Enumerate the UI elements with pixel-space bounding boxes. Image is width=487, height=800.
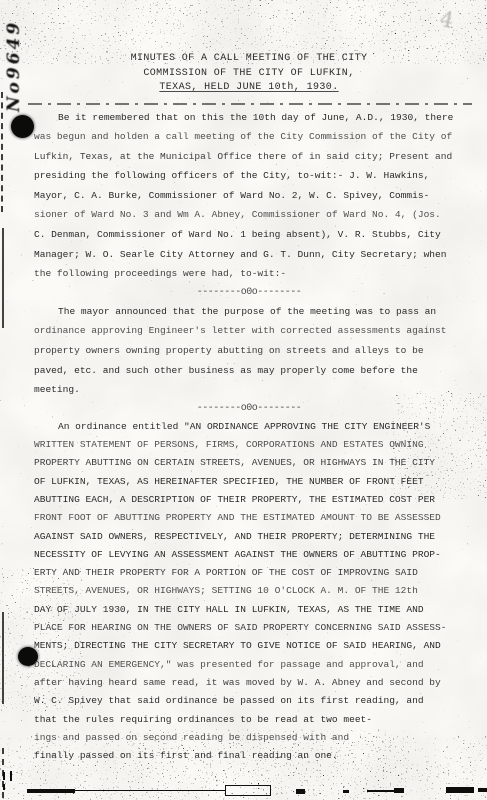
- dashed-rule: [28, 103, 472, 105]
- text-line: An ordinance entitled "AN ORDINANCE APPR…: [34, 418, 464, 436]
- paragraph-purpose: The mayor announced that the purpose of …: [34, 302, 464, 400]
- paragraph-opening: Be it remembered that on this the 10th d…: [34, 108, 464, 284]
- scan-edge-artifact: [367, 790, 395, 792]
- text-line: The mayor announced that the purpose of …: [34, 302, 464, 322]
- text-line: ordinance approving Engineer's letter wi…: [34, 321, 464, 341]
- text-line: MENTS; DIRECTING THE CITY SECRETARY TO G…: [34, 637, 464, 655]
- text-line: finally passed on its first and final re…: [34, 747, 464, 765]
- text-line: PLACE FOR HEARING ON THE OWNERS OF SAID …: [34, 619, 464, 637]
- scanned-document-page: No9649 4 MINUTES OF A CALL MEETING OF TH…: [0, 0, 487, 800]
- speckle-top-band: [0, 0, 487, 58]
- title-line: COMMISSION OF THE CITY OF LUFKIN,: [34, 67, 464, 82]
- text-line: property owners owning property abutting…: [34, 341, 464, 361]
- binding-edge-dash: [1, 92, 3, 212]
- text-line: ERTY AND THEIR PROPERTY FOR A PORTION OF…: [34, 564, 464, 582]
- text-line: was begun and holden a call meeting of t…: [34, 127, 464, 147]
- pencil-mark: 4: [437, 7, 455, 33]
- binding-edge-line: [2, 228, 4, 328]
- paragraph-ordinance: An ordinance entitled "AN ORDINANCE APPR…: [34, 418, 464, 766]
- section-separator: --------o0o--------: [34, 400, 464, 418]
- text-line: presiding the following officers of the …: [34, 166, 464, 186]
- scan-edge-artifact: [225, 785, 271, 796]
- binding-edge-line: [2, 612, 4, 704]
- text-line: OF LUFKIN, TEXAS, AS HEREINAFTER SPECIFI…: [34, 473, 464, 491]
- text-line: sioner of Ward No. 3 and Wm A. Abney, Co…: [34, 205, 464, 225]
- scan-edge-artifact: [3, 784, 5, 790]
- text-line: W. C. Spivey that said ordinance be pass…: [34, 692, 464, 710]
- text-line: the following proceedings were had, to-w…: [34, 264, 464, 284]
- scan-edge-artifact: [10, 771, 12, 781]
- text-line: paved, etc. and such other business as m…: [34, 361, 464, 381]
- scan-edge-artifact: [394, 788, 404, 793]
- scan-edge-artifact: [296, 789, 305, 794]
- text-line: DECLARING AN EMERGENCY," was presented f…: [34, 656, 464, 674]
- text-line: DAY OF JULY 1930, IN THE CITY HALL IN LU…: [34, 601, 464, 619]
- text-line: C. Denman, Commissioner of Ward No. 1 be…: [34, 225, 464, 245]
- section-separator: --------o0o--------: [34, 284, 464, 302]
- scan-edge-artifact: [343, 790, 349, 793]
- scan-edge-artifact: [3, 772, 5, 780]
- text-line: WRITTEN STATEMENT OF PERSONS, FIRMS, COR…: [34, 436, 464, 454]
- text-line: Lufkin, Texas, at the Municipal Office t…: [34, 147, 464, 167]
- text-line: AGAINST SAID OWNERS, RESPECTIVELY, AND T…: [34, 528, 464, 546]
- text-line: NECESSITY OF LEVYING AN ASSESSMENT AGAIN…: [34, 546, 464, 564]
- scan-edge-artifact: [446, 787, 474, 793]
- text-line: ings and passed on second reading be dis…: [34, 729, 464, 747]
- text-line: that the rules requiring ordinances to b…: [34, 711, 464, 729]
- text-line: ABUTTING EACH, A DESCRIPTION OF THEIR PR…: [34, 491, 464, 509]
- text-line: Manager; W. O. Searle City Attorney and …: [34, 245, 464, 265]
- text-line: PROPERTY ABUTTING ON CERTAIN STREETS, AV…: [34, 454, 464, 472]
- text-line: after having heard same read, it was mov…: [34, 674, 464, 692]
- text-line: meeting.: [34, 380, 464, 400]
- document-title: MINUTES OF A CALL MEETING OF THE CITY CO…: [34, 52, 464, 96]
- title-line: MINUTES OF A CALL MEETING OF THE CITY: [34, 52, 464, 67]
- text-line: FRONT FOOT OF ABUTTING PROPERTY AND THE …: [34, 509, 464, 527]
- scan-edge-artifact: [27, 789, 75, 793]
- handwritten-id-mark: No9649: [4, 20, 24, 112]
- text-line: Mayor, C. A. Burke, Commissioner of Ward…: [34, 186, 464, 206]
- title-line-date: TEXAS, HELD JUNE 10th, 1930.: [34, 81, 464, 96]
- scan-edge-artifact: [75, 790, 225, 791]
- text-line: Be it remembered that on this the 10th d…: [34, 108, 464, 128]
- punch-hole-top: [11, 115, 34, 138]
- document-body: MINUTES OF A CALL MEETING OF THE CITY CO…: [34, 52, 464, 765]
- text-line: STREETS, AVENUES, OR HIGHWAYS; SETTING 1…: [34, 582, 464, 600]
- scan-edge-artifact: [478, 788, 487, 792]
